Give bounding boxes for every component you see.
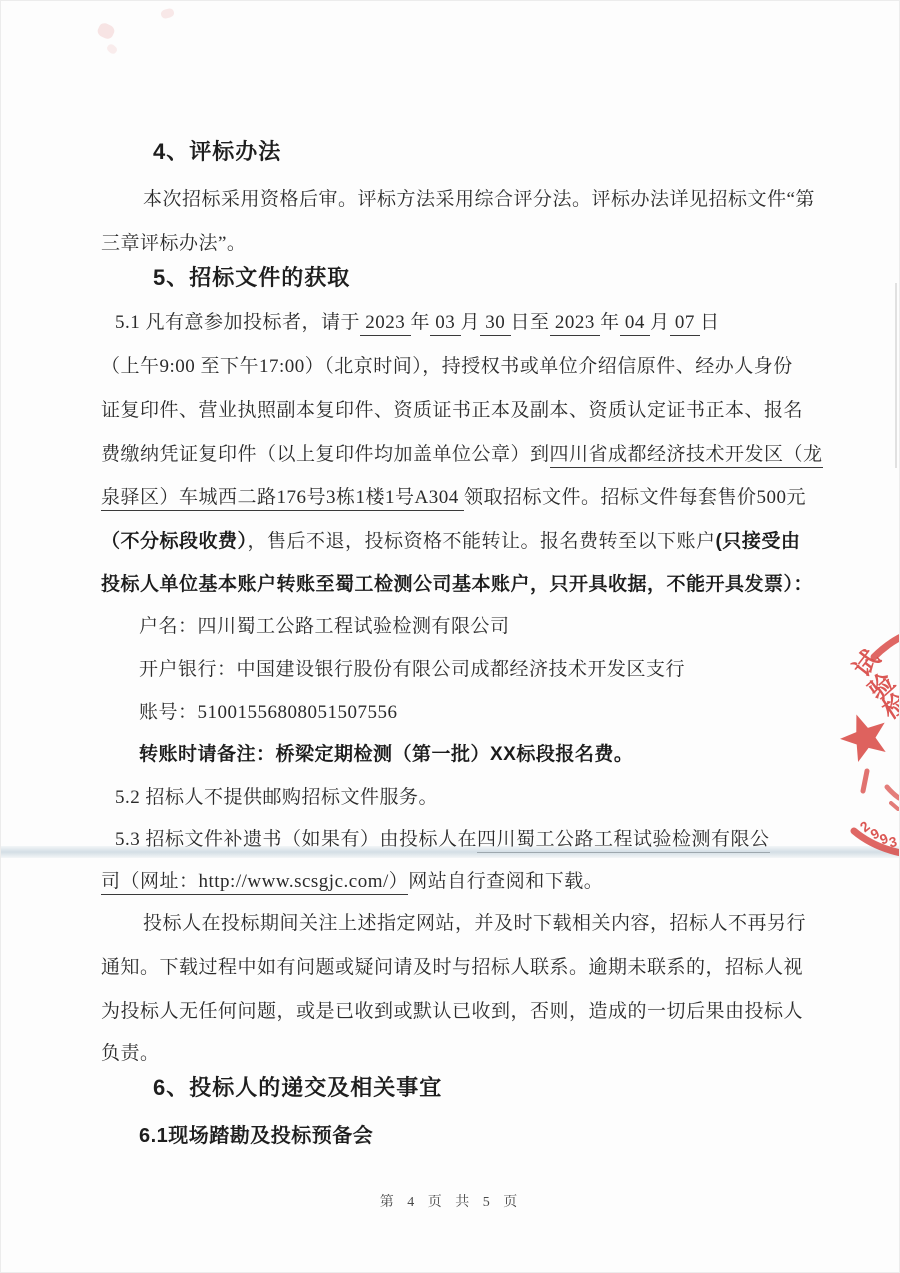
text-segment: 司（网址：http://www.scsgjc.com/） bbox=[101, 871, 408, 895]
text-segment: （上午9:00 至下午17:00）（北京时间），持授权书或单位介绍信原件、经办人… bbox=[101, 356, 793, 377]
text-segment: 03 bbox=[430, 312, 461, 336]
text-segment: （不分标段收费） bbox=[101, 531, 248, 552]
text-segment: ，售后不退，投标资格不能转让。报名费转至以下账户 bbox=[248, 531, 716, 552]
document-line: 泉驿区）车城西二路176号3栋1楼1号A304 领取招标文件。招标文件每套售价5… bbox=[101, 483, 806, 513]
document-line: 投标人单位基本账户转账至蜀工检测公司基本账户，只开具收据，不能开具发票）： bbox=[101, 570, 813, 600]
text-segment: 负责。 bbox=[101, 1043, 160, 1064]
document-line: （上午9:00 至下午17:00）（北京时间），持授权书或单位介绍信原件、经办人… bbox=[101, 352, 793, 382]
text-segment: 三章评标办法”。 bbox=[101, 233, 246, 254]
page-number: 第 4 页 共 5 页 bbox=[1, 1191, 900, 1211]
document-line: 负责。 bbox=[101, 1039, 160, 1069]
scan-artifact-band bbox=[1, 846, 900, 858]
text-segment: 6.1现场踏勘及投标预备会 bbox=[139, 1125, 373, 1147]
document-line: 费缴纳凭证复印件（以上复印件均加盖单位公章）到四川省成都经济技术开发区（龙 bbox=[101, 440, 823, 470]
text-segment: 04 bbox=[620, 312, 651, 336]
text-segment: 四川省成都经济技术开发区（龙 bbox=[550, 444, 823, 468]
text-segment: 转账时请备注：桥梁定期检测（第一批）XX标段报名费。 bbox=[139, 744, 633, 765]
document-line: 5.1 凡有意参加投标者，请于 2023 年 03 月 30 日至 2023 年… bbox=[115, 308, 720, 338]
text-segment: 07 bbox=[670, 312, 701, 336]
text-segment: 通知。下载过程中如有问题或疑问请及时与招标人联系。逾期未联系的，招标人视 bbox=[101, 957, 803, 978]
company-seal-stamp: 试 验 检 2 9 9 3 bbox=[821, 591, 900, 881]
text-segment: 2023 bbox=[360, 312, 411, 336]
text-segment: 月 bbox=[461, 312, 481, 333]
document-line: 投标人在投标期间关注上述指定网站，并及时下载相关内容，招标人不再另行 bbox=[143, 909, 806, 939]
text-segment: 年 bbox=[411, 312, 431, 333]
document-line: 为投标人无任何问题，或是已收到或默认已收到，否则，造成的一切后果由投标人 bbox=[101, 997, 803, 1027]
text-segment: 费缴纳凭证复印件（以上复印件均加盖单位公章）到 bbox=[101, 444, 550, 465]
text-segment: 投标人在投标期间关注上述指定网站，并及时下载相关内容，招标人不再另行 bbox=[143, 913, 806, 934]
document-line: 转账时请备注：桥梁定期检测（第一批）XX标段报名费。 bbox=[139, 740, 633, 770]
text-segment: 6、投标人的递交及相关事宜 bbox=[153, 1075, 442, 1100]
text-segment: 证复印件、营业执照副本复印件、资质证书正本及副本、资质认定证书正本、报名 bbox=[101, 400, 803, 421]
seal-star-icon bbox=[840, 715, 886, 763]
text-segment: 5.2 招标人不提供邮购招标文件服务。 bbox=[115, 787, 438, 808]
section-heading: 6.1现场踏勘及投标预备会 bbox=[139, 1121, 373, 1151]
stamp-residue-mark bbox=[160, 7, 175, 19]
text-segment: 日至 bbox=[511, 312, 550, 333]
text-segment: 为投标人无任何问题，或是已收到或默认已收到，否则，造成的一切后果由投标人 bbox=[101, 1001, 803, 1022]
document-line: 三章评标办法”。 bbox=[101, 229, 246, 259]
text-segment: (只接受由 bbox=[716, 531, 801, 552]
seal-fragment bbox=[891, 803, 898, 809]
scan-edge-line bbox=[895, 283, 897, 468]
text-segment: 年 bbox=[600, 312, 620, 333]
stamp-residue-mark bbox=[96, 21, 116, 40]
document-line: （不分标段收费），售后不退，投标资格不能转让。报名费转至以下账户(只接受由 bbox=[101, 527, 800, 557]
text-segment: 户名：四川蜀工公路工程试验检测有限公司 bbox=[139, 616, 510, 637]
seal-fragment bbox=[887, 787, 899, 798]
text-segment: 领取招标文件。招标文件每套售价500元 bbox=[464, 487, 806, 508]
text-segment: 5、招标文件的获取 bbox=[153, 265, 350, 290]
text-segment: 账号：51001556808051507556 bbox=[139, 702, 398, 723]
seal-fragment bbox=[863, 771, 867, 791]
document-line: 本次招标采用资格后审。评标方法采用综合评分法。评标办法详见招标文件“第 bbox=[143, 185, 815, 215]
text-segment: 日 bbox=[700, 312, 720, 333]
text-segment: 网站自行查阅和下载。 bbox=[408, 871, 603, 892]
seal-ring-arc-top bbox=[874, 637, 900, 657]
section-heading: 5、招标文件的获取 bbox=[153, 263, 350, 293]
text-segment: 30 bbox=[480, 312, 511, 336]
document-line: 通知。下载过程中如有问题或疑问请及时与招标人联系。逾期未联系的，招标人视 bbox=[101, 953, 803, 983]
section-heading: 4、评标办法 bbox=[153, 137, 281, 167]
document-line: 证复印件、营业执照副本复印件、资质证书正本及副本、资质认定证书正本、报名 bbox=[101, 396, 803, 426]
text-segment: 投标人单位基本账户转账至蜀工检测公司基本账户，只开具收据，不能开具发票）： bbox=[101, 574, 813, 595]
document-line: 5.2 招标人不提供邮购招标文件服务。 bbox=[115, 783, 438, 813]
text-segment: 2023 bbox=[550, 312, 601, 336]
text-segment: 月 bbox=[650, 312, 670, 333]
document-line: 司（网址：http://www.scsgjc.com/）网站自行查阅和下载。 bbox=[101, 867, 603, 897]
document-line: 账号：51001556808051507556 bbox=[139, 698, 398, 728]
text-segment: 本次招标采用资格后审。评标方法采用综合评分法。评标办法详见招标文件“第 bbox=[143, 189, 815, 210]
section-heading: 6、投标人的递交及相关事宜 bbox=[153, 1073, 442, 1103]
text-segment: 5.1 凡有意参加投标者，请于 bbox=[115, 312, 360, 333]
text-segment: 4、评标办法 bbox=[153, 139, 281, 164]
text-segment: 泉驿区）车城西二路176号3栋1楼1号A304 bbox=[101, 487, 464, 511]
document-line: 开户银行：中国建设银行股份有限公司成都经济技术开发区支行 bbox=[139, 655, 685, 685]
document-line: 户名：四川蜀工公路工程试验检测有限公司 bbox=[139, 612, 510, 642]
document-page: 4、评标办法本次招标采用资格后审。评标方法采用综合评分法。评标办法详见招标文件“… bbox=[0, 0, 900, 1273]
text-segment: 开户银行：中国建设银行股份有限公司成都经济技术开发区支行 bbox=[139, 659, 685, 680]
stamp-residue-mark bbox=[106, 43, 119, 56]
